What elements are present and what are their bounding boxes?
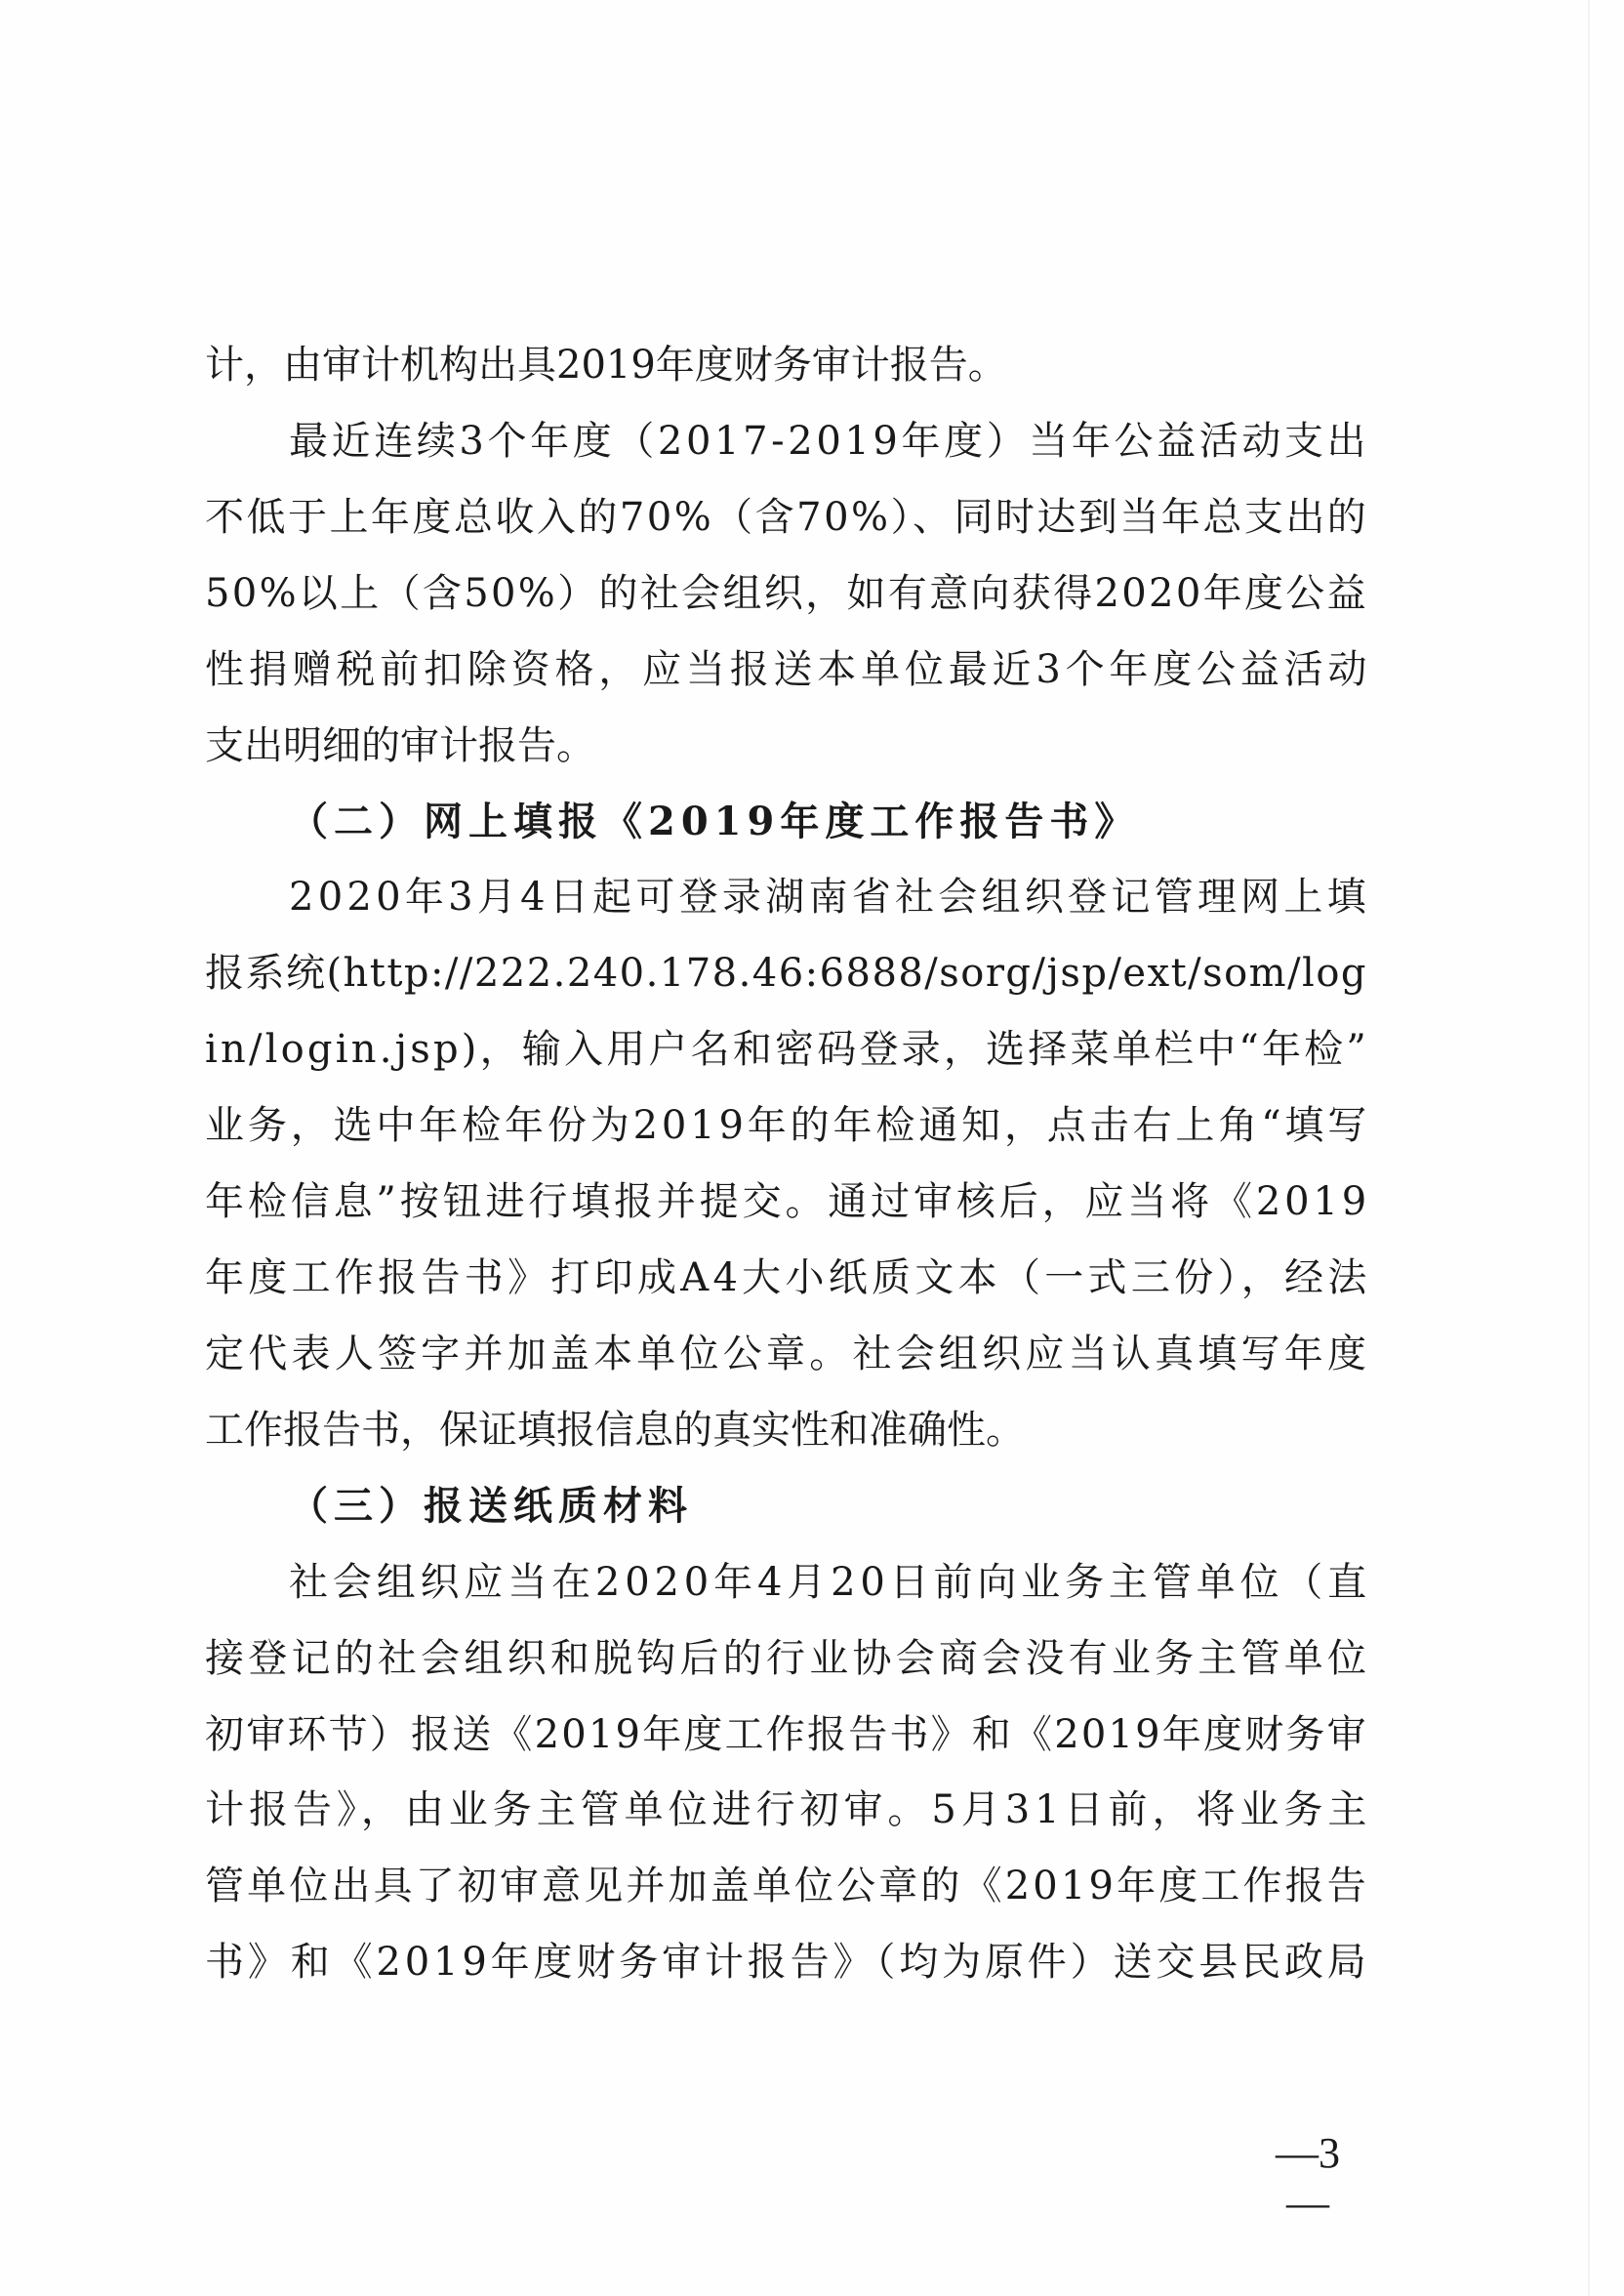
section-heading-2: （二）网上填报《2019年度工作报告书》 [289, 799, 1366, 844]
body-line: 性捐赠税前扣除资格，应当报送本单位最近3个年度公益活动 [205, 647, 1366, 692]
page-number: —3— [1259, 2128, 1357, 2228]
body-line: 书》和《2019年度财务审计报告》（均为原件）送交县民政局 [205, 1940, 1366, 1985]
body-line: 50%以上（含50%）的社会组织，如有意向获得2020年度公益 [205, 571, 1366, 616]
body-line: 计，由审计机构出具2019年度财务审计报告。 [205, 343, 1366, 388]
body-line: 不低于上年度总收入的70%（含70%）、同时达到当年总支出的 [205, 495, 1366, 540]
body-line: 年检信息”按钮进行填报并提交。通过审核后，应当将《2019 [205, 1179, 1366, 1224]
scan-edge-line [1588, 0, 1590, 2296]
body-line: 初审环节）报送《2019年度工作报告书》和《2019年度财务审 [205, 1712, 1366, 1757]
body-line: 社会组织应当在2020年4月20日前向业务主管单位（直 [289, 1560, 1366, 1605]
body-line: 2020年3月4日起可登录湖南省社会组织登记管理网上填 [289, 875, 1366, 920]
body-line: 接登记的社会组织和脱钩后的行业协会商会没有业务主管单位 [205, 1636, 1366, 1681]
body-line: 年度工作报告书》打印成A4大小纸质文本（一式三份），经法 [205, 1255, 1366, 1300]
body-line: 最近连续3个年度（2017-2019年度）当年公益活动支出 [289, 419, 1366, 464]
body-line: 定代表人签字并加盖本单位公章。社会组织应当认真填写年度 [205, 1332, 1366, 1376]
section-heading-3: （三）报送纸质材料 [289, 1484, 1366, 1529]
body-line: 管单位出具了初审意见并加盖单位公章的《2019年度工作报告 [205, 1864, 1366, 1908]
body-line: 业务，选中年检年份为2019年的年检通知，点击右上角“填写 [205, 1103, 1366, 1148]
document-page: 计，由审计机构出具2019年度财务审计报告。 最近连续3个年度（2017-201… [0, 0, 1624, 2296]
body-line: in/login.jsp)，输入用户名和密码登录，选择菜单栏中“年检” [205, 1027, 1366, 1072]
body-line: 报系统(http://222.240.178.46:6888/sorg/jsp/… [205, 951, 1366, 996]
body-line: 计报告》，由业务主管单位进行初审。5月31日前，将业务主 [205, 1787, 1366, 1832]
body-line: 支出明细的审计报告。 [205, 723, 1366, 768]
body-line: 工作报告书，保证填报信息的真实性和准确性。 [205, 1408, 1366, 1453]
